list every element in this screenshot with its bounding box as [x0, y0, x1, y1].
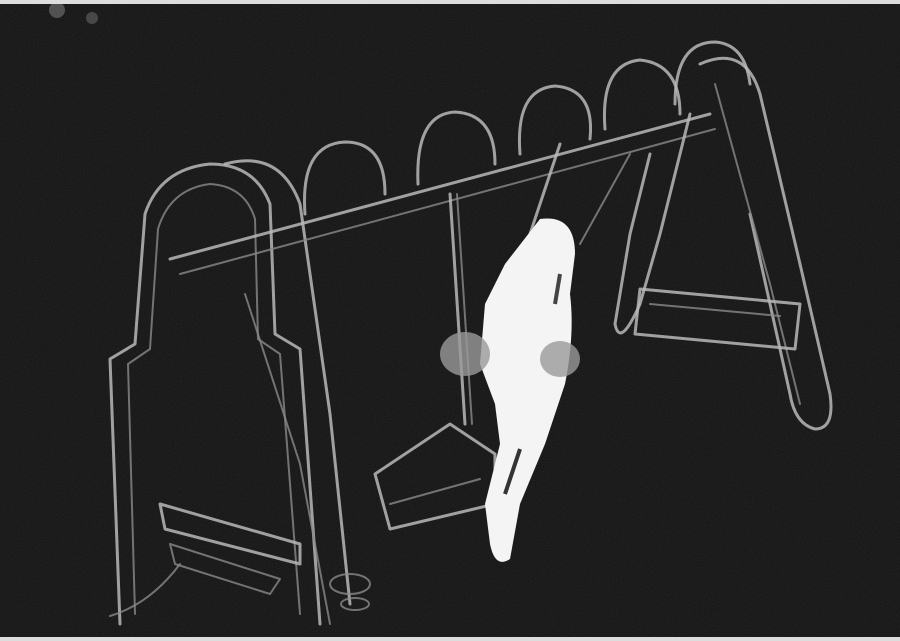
- photo: High-contrast edge-filtered photograph o…: [0, 4, 900, 637]
- swing-set-illustration: [0, 4, 900, 637]
- bottom-border: [0, 637, 900, 641]
